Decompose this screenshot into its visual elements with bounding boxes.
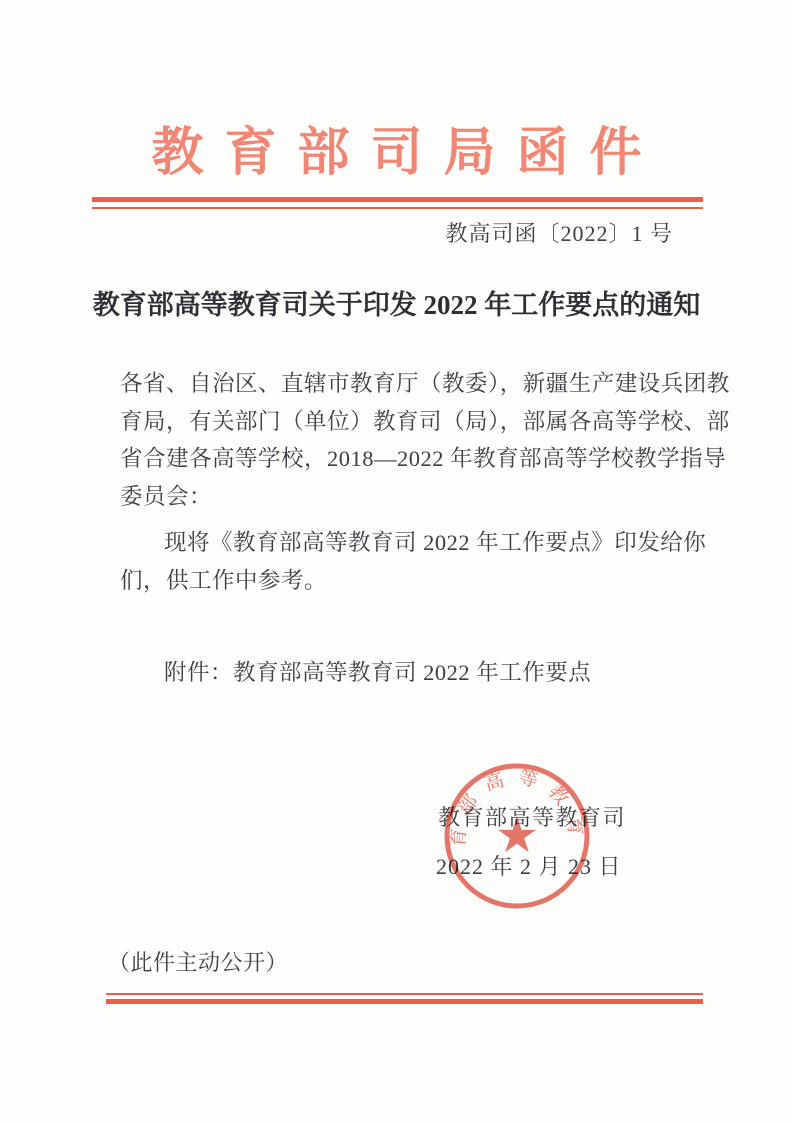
star-icon: [498, 816, 536, 852]
letterhead-title: 教育部司局函件: [0, 124, 793, 184]
attachment-line: 附件：教育部高等教育司 2022 年工作要点: [120, 654, 700, 692]
document-title: 教育部高等教育司关于印发 2022 年工作要点的通知: [50, 286, 743, 324]
official-letter-page: 教育部司局函件 教高司函〔2022〕1 号 教育部高等教育司关于印发 2022 …: [0, 0, 793, 1122]
text-line: 育局，有关部门（单位）教育司（局），部属各高等学校、部: [120, 403, 700, 441]
document-number: 教高司函〔2022〕1 号: [445, 215, 673, 253]
official-seal: 教育部高等教育司: [443, 762, 591, 910]
header-rule: [92, 197, 703, 209]
recipients-paragraph: 各省、自治区、直辖市教育厅（教委），新疆生产建设兵团教 育局，有关部门（单位）教…: [120, 365, 700, 515]
disclosure-note: （此件主动公开）: [108, 944, 288, 982]
text-line: 各省、自治区、直辖市教育厅（教委），新疆生产建设兵团教: [120, 365, 700, 403]
text-line: 省合建各高等学校，2018—2022 年教育部高等学校教学指导: [120, 440, 700, 478]
footer-rule: [106, 993, 703, 1004]
body-paragraph: 现将《教育部高等教育司 2022 年工作要点》印发给你 们，供工作中参考。: [120, 524, 700, 599]
text-line: 委员会：: [120, 478, 700, 516]
text-line: 现将《教育部高等教育司 2022 年工作要点》印发给你: [120, 524, 700, 562]
attachment-paragraph: 附件：教育部高等教育司 2022 年工作要点: [120, 654, 700, 692]
text-line: 们，供工作中参考。: [120, 562, 700, 600]
